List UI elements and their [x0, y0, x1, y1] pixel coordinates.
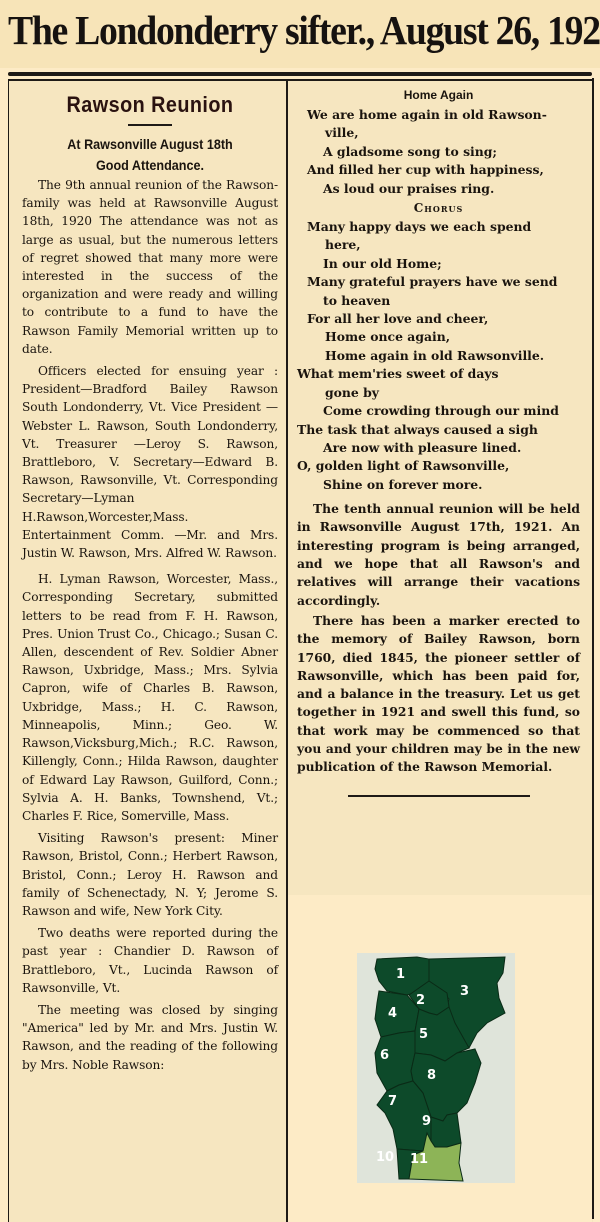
poem-line: here,	[297, 236, 580, 254]
headline-rule	[128, 124, 172, 126]
masthead: The Londonderry sifter., August 26, 1920	[0, 0, 600, 68]
poem-line: We are home again in old Rawson-	[297, 106, 580, 124]
poem-line: Come crowding through our mind	[297, 402, 580, 420]
poem-line: In our old Home;	[297, 255, 580, 273]
paragraph-marker: There has been a marker erected to the m…	[297, 612, 580, 777]
svg-text:7: 7	[388, 1094, 397, 1109]
article-subhead-location: At Rawsonville August 18th	[35, 134, 265, 155]
svg-text:10: 10	[376, 1150, 394, 1165]
poem-line: Home again in old Rawsonville.	[297, 347, 580, 365]
poem-line: O, golden light of Rawsonville,	[297, 457, 580, 475]
poem-line: Many happy days we each spend	[297, 218, 580, 236]
poem-chorus-heading: Chorus	[297, 198, 580, 218]
masthead-rule-thick	[8, 72, 592, 76]
svg-text:1: 1	[396, 967, 405, 982]
svg-text:8: 8	[427, 1068, 436, 1083]
paragraph-officers: Officers elected for ensuing year : Pres…	[22, 362, 278, 562]
svg-text:3: 3	[460, 984, 469, 999]
paragraph-deaths: Two deaths were reported during the past…	[22, 924, 278, 997]
paragraph-visitors: Visiting Rawson's present: Miner Rawson,…	[22, 829, 278, 920]
poem-line: Home once again,	[297, 328, 580, 346]
right-border	[592, 78, 594, 1219]
article-headline: Rawson Reunion	[35, 92, 265, 118]
paragraph-closing: The meeting was closed by singing "Ameri…	[22, 1001, 278, 1074]
poem-line: to heaven	[297, 292, 580, 310]
svg-text:2: 2	[416, 993, 425, 1008]
poem-line: As loud our praises ring.	[297, 180, 580, 198]
region-9	[431, 1113, 461, 1147]
paragraph-intro: The 9th annual reunion of the Rawson-fam…	[22, 176, 278, 358]
svg-text:4: 4	[388, 1006, 397, 1021]
poem-line: gone by	[297, 384, 580, 402]
poem-line: What mem'ries sweet of days	[297, 365, 580, 383]
poem-line: Shine on forever more.	[297, 476, 580, 494]
vermont-county-map: 1 2 3 4 5 6 8 7 9 10 11	[357, 953, 515, 1183]
poem-body: We are home again in old Rawson-ville,A …	[297, 106, 580, 494]
poem-line: And filled her cup with happiness,	[297, 161, 580, 179]
poem-line: Many grateful prayers have we send	[297, 273, 580, 291]
poem-title: Home Again	[297, 88, 580, 102]
article-right-column: Home Again We are home again in old Raws…	[297, 88, 580, 797]
article-subhead-attendance: Good Attendance.	[35, 155, 265, 176]
poem-line: Are now with pleasure lined.	[297, 439, 580, 457]
svg-text:6: 6	[380, 1048, 389, 1063]
poem-line: A gladsome song to sing;	[297, 143, 580, 161]
paragraph-letters: H. Lyman Rawson, Worcester, Mass., Corre…	[22, 570, 278, 825]
article-end-rule	[348, 795, 530, 797]
map-graphic: 1 2 3 4 5 6 8 7 9 10 11	[357, 953, 515, 1183]
paragraph-next-reunion: The tenth annual reunion will be held in…	[297, 500, 580, 610]
svg-text:5: 5	[419, 1027, 428, 1042]
poem-line: The task that always caused a sigh	[297, 421, 580, 439]
article-left-column: Rawson Reunion At Rawsonville August 18t…	[22, 88, 278, 1074]
masthead-title: The Londonderry sifter., August 26, 1920	[8, 6, 551, 54]
svg-text:11: 11	[410, 1152, 428, 1167]
svg-text:9: 9	[422, 1114, 431, 1129]
poem-line: ville,	[297, 124, 580, 142]
poem-line: For all her love and cheer,	[297, 310, 580, 328]
